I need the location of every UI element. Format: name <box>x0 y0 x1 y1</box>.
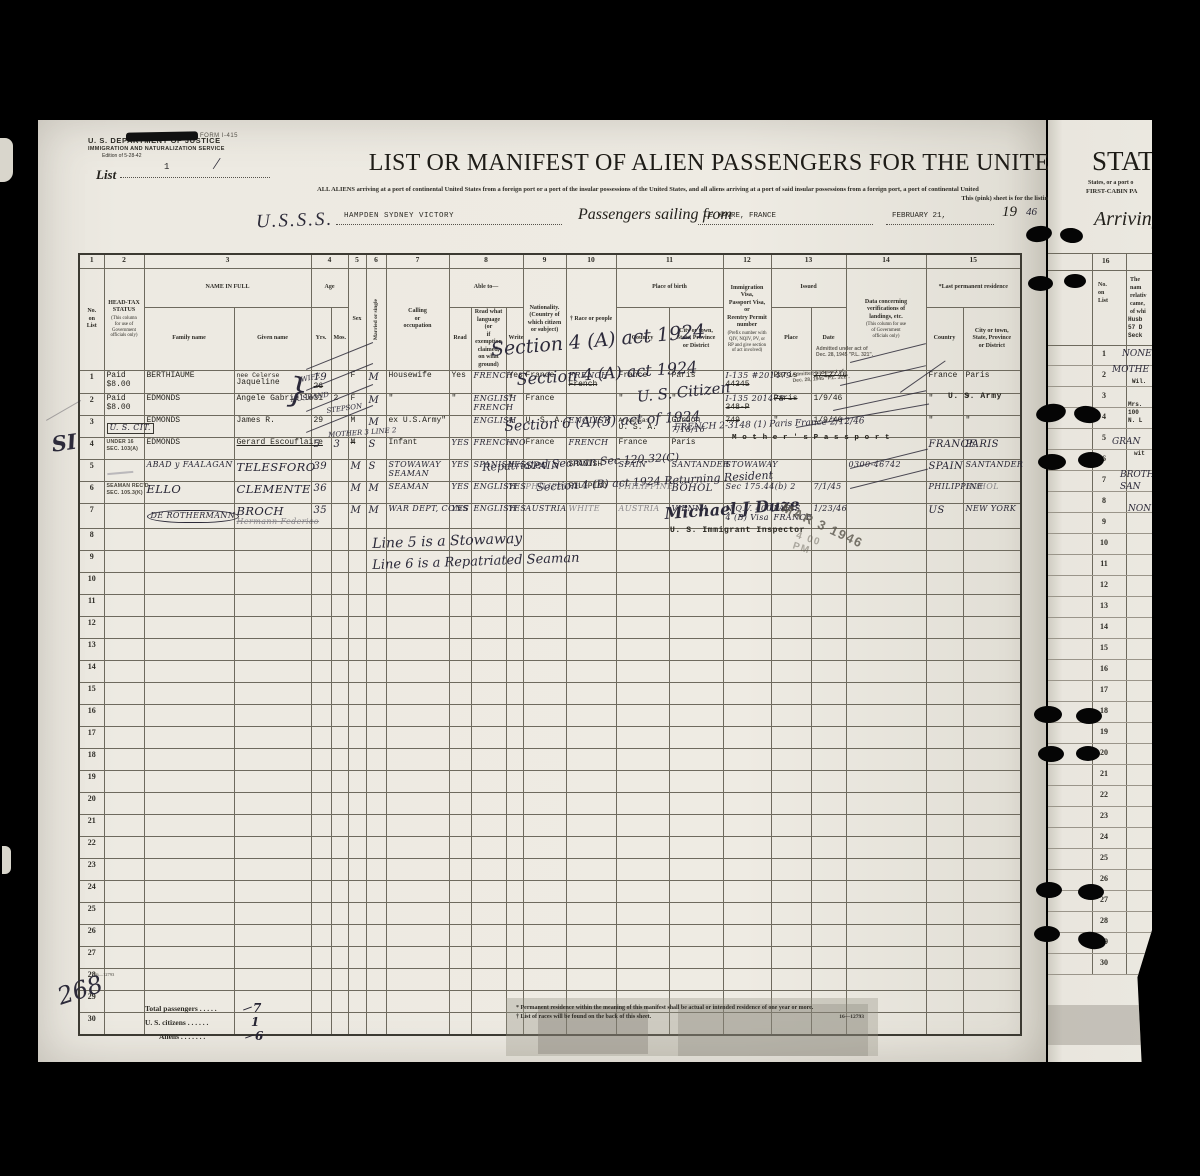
cell-rcity <box>963 528 1021 550</box>
aliens-row: Aliens . . . . . . . 6 <box>145 1032 217 1046</box>
cell-calling: ex U.S.Army" <box>386 416 449 438</box>
cell-read <box>449 416 471 438</box>
passenger-row: 3U. S. CIT.EDMONDSJames R.29MMex U.S.Arm… <box>79 416 1021 438</box>
cell-verif <box>846 946 926 968</box>
cell-calling <box>386 682 449 704</box>
cell-headtax: SEAMAN REC'DSEC. 105.3(K) <box>104 482 144 504</box>
cell-mos <box>331 572 348 594</box>
cell-write <box>506 682 523 704</box>
tattered-strip <box>1048 1005 1152 1045</box>
cell-sex <box>348 660 366 682</box>
cell-date <box>811 638 846 660</box>
row-number: 16 <box>1094 664 1114 673</box>
row-number: 20 <box>79 792 104 814</box>
cell-visa: I-135 #20147944345 <box>723 371 771 394</box>
cell-rcountry <box>926 990 963 1012</box>
cell-family <box>144 572 234 594</box>
passenger-table: 1 2 3 4 5 6 7 8 9 10 11 12 13 14 15 <box>78 253 1022 1036</box>
cell-rcity <box>963 638 1021 660</box>
cell-mos: 3 <box>331 438 348 460</box>
cell-nat <box>523 748 566 770</box>
vessel-name: HAMPDEN SYDNEY VICTORY <box>344 212 454 220</box>
cell-family <box>144 726 234 748</box>
cell-bcity <box>669 968 723 990</box>
cell-bcountry <box>616 528 669 550</box>
cell-date <box>811 438 846 460</box>
cell-verif <box>846 616 926 638</box>
cell-married <box>366 770 386 792</box>
cell-mos <box>331 504 348 529</box>
row-number: 18 <box>79 748 104 770</box>
paper-scrap <box>0 138 13 182</box>
cell-verif <box>846 968 926 990</box>
row-number: 13 <box>1094 601 1114 610</box>
cell-family: BERTHIAUME <box>144 371 234 394</box>
header-sex: Sex <box>348 269 366 371</box>
cell-sex <box>348 1012 366 1035</box>
relative-note-fragment: NON <box>1128 504 1151 516</box>
cell-readlang <box>471 770 506 792</box>
title-subtext: ALL ALIENS arriving at a port of contine… <box>238 186 1058 193</box>
cell-write <box>506 748 523 770</box>
passenger-row: 15 <box>79 682 1021 704</box>
cell-rcountry <box>926 704 963 726</box>
cell-headtax <box>104 682 144 704</box>
cell-nat <box>523 968 566 990</box>
cell-readlang <box>471 836 506 858</box>
cell-race <box>566 968 616 990</box>
cell-sex <box>348 528 366 550</box>
cell-visa <box>723 902 771 924</box>
cell-given: nee CelerseJaqueline <box>234 371 311 394</box>
cell-sex <box>348 616 366 638</box>
cell-nat <box>523 770 566 792</box>
row-number: 19 <box>79 770 104 792</box>
cell-married <box>366 660 386 682</box>
cell-visa <box>723 682 771 704</box>
cell-bcountry <box>616 902 669 924</box>
cell-race <box>566 836 616 858</box>
cell-read: Yes <box>449 371 471 394</box>
cell-visa <box>723 968 771 990</box>
cell-calling <box>386 748 449 770</box>
cell-verif <box>846 814 926 836</box>
cell-calling <box>386 528 449 550</box>
cell-read <box>449 616 471 638</box>
row-number: 8 <box>1094 496 1114 505</box>
cell-sex: M <box>348 416 366 438</box>
cell-race <box>566 748 616 770</box>
cell-rcountry <box>926 528 963 550</box>
cell-race <box>566 682 616 704</box>
cell-family <box>144 638 234 660</box>
cell-write <box>506 836 523 858</box>
scanned-manifest-document: FORM I-415 U. S. DEPARTMENT OF JUSTICE I… <box>0 0 1200 1176</box>
row-number: 1 <box>1094 349 1114 358</box>
cell-married <box>366 1012 386 1035</box>
row-number: 12 <box>1094 580 1114 589</box>
cell-bcity <box>669 836 723 858</box>
cell-given <box>234 704 311 726</box>
cell-write <box>506 638 523 660</box>
cell-write: YES <box>506 460 523 482</box>
cell-write <box>506 858 523 880</box>
cell-bcity: BOHOL <box>669 482 723 504</box>
vessel-prefix-handwritten: U.S.S.S. <box>256 209 334 234</box>
ink-blot <box>1034 926 1060 942</box>
cell-headtax <box>104 924 144 946</box>
cell-bcountry <box>616 748 669 770</box>
passenger-row: 18 <box>79 748 1021 770</box>
header-married: Married or single <box>366 269 386 371</box>
cell-mos <box>331 770 348 792</box>
cell-race: WHITE <box>566 504 616 529</box>
cell-read: " <box>449 394 471 416</box>
passenger-row: 10 <box>79 572 1021 594</box>
cell-visa <box>723 792 771 814</box>
cell-rcity: NEW YORK <box>963 504 1021 529</box>
cell-headtax <box>104 572 144 594</box>
cell-family <box>144 660 234 682</box>
ink-blot <box>1038 746 1064 762</box>
cell-given <box>234 528 311 550</box>
passenger-row: 26 <box>79 924 1021 946</box>
cell-read <box>449 660 471 682</box>
cell-sex: M <box>348 482 366 504</box>
cell-yrs <box>311 946 331 968</box>
cell-mos <box>331 482 348 504</box>
cell-headtax <box>104 726 144 748</box>
cell-verif <box>846 594 926 616</box>
cell-rcountry <box>926 968 963 990</box>
cell-headtax <box>104 880 144 902</box>
cell-mos <box>331 814 348 836</box>
cell-nat <box>523 946 566 968</box>
cell-write <box>506 704 523 726</box>
ink-smudge <box>126 131 198 141</box>
cell-headtax <box>104 528 144 550</box>
cell-headtax <box>104 660 144 682</box>
cell-read <box>449 924 471 946</box>
cell-calling: " <box>386 394 449 416</box>
cell-calling <box>386 1012 449 1035</box>
cell-mos <box>331 682 348 704</box>
relative-note-fragment: NONE <box>1122 349 1152 361</box>
cell-calling <box>386 638 449 660</box>
row-number: 14 <box>1094 622 1114 631</box>
cell-rcity <box>963 814 1021 836</box>
cell-rcity <box>963 660 1021 682</box>
cell-date <box>811 682 846 704</box>
relative-note-fragment: Wil. <box>1132 378 1146 386</box>
cell-rcity <box>963 594 1021 616</box>
passenger-row: 9 <box>79 550 1021 572</box>
col-number: 8 <box>449 254 523 269</box>
cell-nat <box>523 638 566 660</box>
cell-bcity <box>669 924 723 946</box>
cell-nat <box>523 660 566 682</box>
cell-write <box>506 616 523 638</box>
passenger-row: 6SEAMAN REC'DSEC. 105.3(K)ELLOCLEMENTE36… <box>79 482 1021 504</box>
cell-given <box>234 682 311 704</box>
cell-given <box>234 550 311 572</box>
row-number: 3 <box>1094 391 1114 400</box>
cell-place <box>771 946 811 968</box>
cell-married <box>366 792 386 814</box>
cell-place <box>771 550 811 572</box>
dotted-line <box>120 177 270 178</box>
cell-given: CLEMENTE <box>234 482 311 504</box>
cell-visa: 749 <box>723 416 771 438</box>
cell-family <box>144 748 234 770</box>
cell-visa <box>723 572 771 594</box>
cell-headtax: UNDER 16SEC. 103(A) <box>104 438 144 460</box>
row-number: 22 <box>1094 790 1114 799</box>
cell-married: M <box>366 371 386 394</box>
total-passengers-row: Total passengers . . . . . 7 <box>145 1004 217 1018</box>
cell-visa <box>723 880 771 902</box>
cell-visa <box>723 726 771 748</box>
cell-date <box>811 660 846 682</box>
cell-calling <box>386 814 449 836</box>
cell-bcity <box>669 638 723 660</box>
cell-verif <box>846 416 926 438</box>
cell-read <box>449 594 471 616</box>
next-page-title-fragment: STATE <box>1092 146 1171 177</box>
cell-married <box>366 902 386 924</box>
cell-bcountry <box>616 814 669 836</box>
cell-headtax <box>104 616 144 638</box>
cell-rcity <box>963 902 1021 924</box>
cell-family <box>144 902 234 924</box>
cell-yrs <box>311 814 331 836</box>
cell-family: ELLO <box>144 482 234 504</box>
cell-bcity <box>669 902 723 924</box>
cell-readlang: ENGLISH <box>471 416 506 438</box>
cell-rcountry <box>926 594 963 616</box>
us-citizens-label: U. S. citizens . . . . . . <box>145 1018 208 1027</box>
cell-verif <box>846 438 926 460</box>
cell-mos <box>331 902 348 924</box>
cell-given <box>234 748 311 770</box>
cell-verif <box>846 704 926 726</box>
header-race: † Race or people <box>566 269 616 371</box>
cell-yrs <box>311 660 331 682</box>
cell-calling <box>386 616 449 638</box>
cell-married: M <box>366 482 386 504</box>
cell-family <box>144 946 234 968</box>
cell-race <box>566 924 616 946</box>
cell-given <box>234 638 311 660</box>
departure-port: LE HAVRE, FRANCE <box>704 212 776 220</box>
cell-rcity <box>963 924 1021 946</box>
cell-rcountry: FRANCE <box>926 438 963 460</box>
header-residence-city: City or town, State, Province or Distric… <box>963 308 1021 371</box>
cell-read <box>449 880 471 902</box>
cell-yrs <box>311 836 331 858</box>
row-number: 30 <box>79 1012 104 1035</box>
list-number: 1 <box>164 162 169 172</box>
cell-race <box>566 394 616 416</box>
passenger-row: 19 <box>79 770 1021 792</box>
cell-given: James R. <box>234 416 311 438</box>
cell-rcity <box>963 836 1021 858</box>
cell-bcountry <box>616 946 669 968</box>
col-number: 7 <box>386 254 449 269</box>
cell-sex: M <box>348 460 366 482</box>
cell-race <box>566 792 616 814</box>
cell-yrs <box>311 770 331 792</box>
cell-readlang: SPANISH <box>471 460 506 482</box>
cell-nat <box>523 704 566 726</box>
cell-married <box>366 924 386 946</box>
handwritten-tick: / <box>213 154 220 174</box>
us-citizens-value: 1 <box>251 1015 259 1029</box>
cell-place <box>771 726 811 748</box>
cell-headtax <box>104 946 144 968</box>
form-code-small: 16—12793 <box>94 972 114 977</box>
cell-bcountry <box>616 682 669 704</box>
header-place-of-birth: Place of birth <box>616 269 723 308</box>
cell-rcountry <box>926 748 963 770</box>
row-number: 2 <box>79 394 104 416</box>
cell-read <box>449 814 471 836</box>
cell-headtax <box>104 504 144 529</box>
header-mos: Mos. <box>331 308 348 371</box>
cell-place <box>771 858 811 880</box>
cell-write <box>506 924 523 946</box>
cell-read: YES <box>449 504 471 529</box>
cell-married <box>366 638 386 660</box>
col-number: 12 <box>723 254 771 269</box>
cell-date <box>811 726 846 748</box>
cell-headtax <box>104 460 144 482</box>
cell-family <box>144 770 234 792</box>
cell-rcountry: " <box>926 416 963 438</box>
cell-nat: PHILIPPINE <box>523 482 566 504</box>
passenger-row: 14 <box>79 660 1021 682</box>
cell-place <box>771 748 811 770</box>
cell-rcountry: SPAIN <box>926 460 963 482</box>
cell-place <box>771 836 811 858</box>
cell-readlang <box>471 902 506 924</box>
cell-given <box>234 836 311 858</box>
cell-verif <box>846 880 926 902</box>
row-number: 9 <box>1094 517 1114 526</box>
row-number: 10 <box>79 572 104 594</box>
cell-verif <box>846 770 926 792</box>
next-page-subtext2: FIRST-CABIN PA <box>1086 188 1137 195</box>
cell-readlang <box>471 594 506 616</box>
cell-sex <box>348 946 366 968</box>
cell-calling <box>386 946 449 968</box>
cell-nat <box>523 858 566 880</box>
cell-yrs <box>311 572 331 594</box>
row-number: 1 <box>79 371 104 394</box>
header-issued-date: Date <box>811 308 846 371</box>
ink-blot <box>1076 746 1100 761</box>
cell-place <box>771 438 811 460</box>
cell-readlang <box>471 528 506 550</box>
cell-yrs <box>311 968 331 990</box>
cell-mos <box>331 704 348 726</box>
row-number: 7 <box>1094 475 1114 484</box>
row-number: 5 <box>1094 433 1114 442</box>
cell-mos <box>331 792 348 814</box>
cell-race <box>566 594 616 616</box>
manifest-page: FORM I-415 U. S. DEPARTMENT OF JUSTICE I… <box>38 120 1046 1062</box>
cell-sex <box>348 682 366 704</box>
cell-rcountry <box>926 814 963 836</box>
cell-family: DE ROTHERMANN <box>144 504 234 529</box>
aliens-label: Aliens . . . . . . . <box>159 1032 205 1041</box>
header-birth-country: Country <box>616 308 669 371</box>
cell-rcity <box>963 616 1021 638</box>
cell-bcity <box>669 550 723 572</box>
form-identification: FORM I-415 U. S. DEPARTMENT OF JUSTICE I… <box>88 136 225 159</box>
cell-headtax <box>104 748 144 770</box>
cell-given <box>234 814 311 836</box>
cell-yrs <box>311 704 331 726</box>
row-number: 21 <box>79 814 104 836</box>
cell-given <box>234 572 311 594</box>
row-number: 5 <box>79 460 104 482</box>
cell-verif <box>846 748 926 770</box>
cell-bcity: Gurdon7/18/16 <box>669 416 723 438</box>
cell-bcountry: " <box>616 394 669 416</box>
cell-family <box>144 880 234 902</box>
cell-place <box>771 880 811 902</box>
cell-yrs <box>311 990 331 1012</box>
cell-headtax <box>104 638 144 660</box>
cell-readlang <box>471 682 506 704</box>
cell-write <box>506 660 523 682</box>
cell-place: " <box>771 416 811 438</box>
cell-bcountry: France <box>616 438 669 460</box>
cell-read <box>449 704 471 726</box>
header-relative-fragment: The nam relativ came, of whi <box>1130 276 1152 316</box>
cell-given <box>234 946 311 968</box>
cell-headtax: U. S. CIT. <box>104 416 144 438</box>
cell-read: YES <box>449 438 471 460</box>
cell-sex <box>348 836 366 858</box>
cell-date <box>811 748 846 770</box>
cell-married <box>366 594 386 616</box>
cell-place <box>771 902 811 924</box>
row-number: 22 <box>79 836 104 858</box>
cell-rcountry <box>926 770 963 792</box>
cell-place <box>771 968 811 990</box>
cell-given <box>234 616 311 638</box>
cell-write <box>506 528 523 550</box>
col-number: 14 <box>846 254 926 269</box>
cell-verif <box>846 858 926 880</box>
dotted-line <box>336 224 562 225</box>
row-number: 24 <box>79 880 104 902</box>
cell-rcity <box>963 550 1021 572</box>
cell-bcountry <box>616 660 669 682</box>
col-number: 4 <box>311 254 348 269</box>
cell-given <box>234 726 311 748</box>
cell-yrs <box>311 682 331 704</box>
passenger-row: 20 <box>79 792 1021 814</box>
cell-nat: SPAIN <box>523 460 566 482</box>
cell-readlang <box>471 858 506 880</box>
cell-race <box>566 638 616 660</box>
row-number: 7 <box>79 504 104 529</box>
cell-bcity <box>669 704 723 726</box>
cell-calling: SEAMAN <box>386 482 449 504</box>
